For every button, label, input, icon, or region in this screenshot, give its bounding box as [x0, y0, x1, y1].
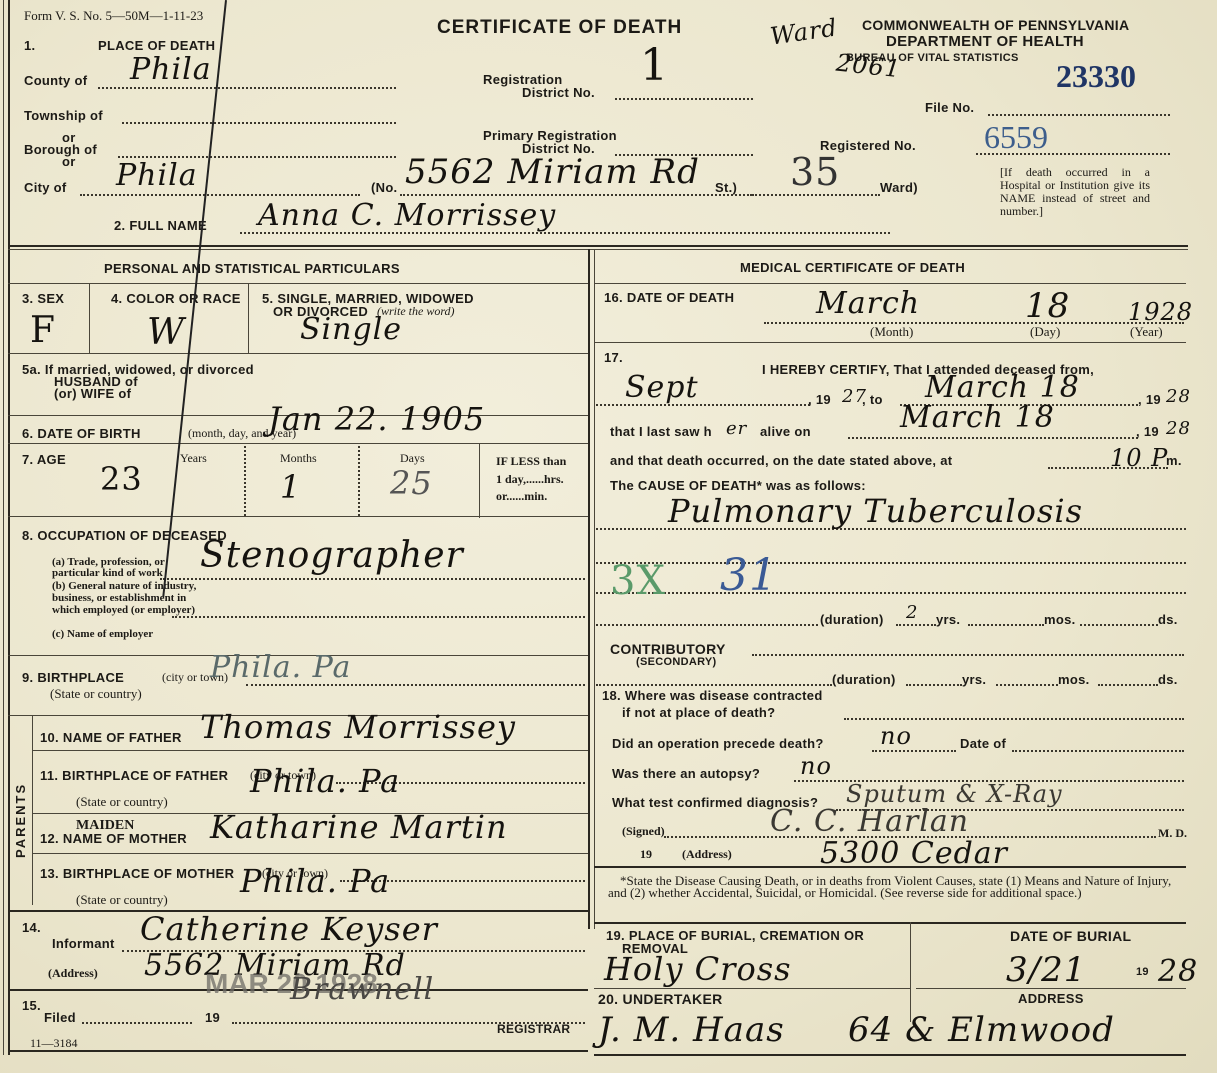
attended-to-year-prefix: , 19: [1138, 392, 1161, 407]
filed-number: 15.: [22, 998, 41, 1013]
township-line: [122, 122, 396, 124]
left-border: [8, 0, 10, 1055]
file-no-label: File No.: [925, 100, 974, 115]
death-time-suffix: m.: [1166, 453, 1182, 468]
birthplace-state-label: (State or country): [50, 686, 142, 702]
row-divider-16: [594, 342, 1186, 343]
cause-line-2: [596, 562, 1186, 564]
agency-line-1: COMMONWEALTH OF PENNSYLVANIA: [862, 17, 1129, 33]
contributory-label: CONTRIBUTORY: [610, 641, 726, 657]
city-label: City of: [24, 180, 67, 195]
attended-from: Sept: [625, 370, 699, 405]
date-of-death-label: 16. DATE OF DEATH: [604, 290, 734, 305]
row-divider-7: [8, 516, 588, 517]
contrib-mos-line: [996, 684, 1058, 686]
death-time-text: and that death occurred, on the date sta…: [610, 453, 952, 468]
parents-side-label: PARENTS: [13, 783, 28, 858]
less-than-label-3: or......min.: [496, 489, 547, 504]
registered-number-stamp: 6559: [984, 119, 1048, 156]
date-of-death-line: [764, 322, 1184, 324]
mother-state-label: (State or country): [76, 892, 168, 908]
column-divider: [588, 249, 590, 929]
race-value: W: [147, 312, 185, 353]
death-time-value: 10 P: [1110, 444, 1168, 472]
occupation-b2: business, or establishment in: [52, 592, 186, 604]
less-than-label-1: IF LESS than: [496, 454, 566, 469]
street-line: [400, 194, 752, 196]
race-label: 4. COLOR OR RACE: [111, 291, 241, 306]
duration-yrs-value: 2: [906, 602, 918, 623]
ward-value: 35: [790, 150, 840, 194]
duration-yrs-line: [896, 624, 936, 626]
form-code: 11—3184: [30, 1036, 78, 1051]
handwritten-ward-note: Ward: [768, 13, 839, 50]
contrib-duration-line: [596, 684, 832, 686]
borough-label: Borough of: [24, 142, 97, 157]
registration-label-2: District No.: [522, 85, 595, 100]
address-year-prefix: 19: [640, 847, 652, 862]
filed-year-prefix: 19: [205, 1010, 220, 1025]
father-name-label: 10. NAME OF FATHER: [40, 730, 182, 745]
ward-label: Ward): [880, 180, 918, 195]
marital-value: Single: [300, 312, 402, 347]
occupation-a-line: [160, 578, 585, 580]
county-line: [98, 87, 396, 89]
burial-row-divider-left: [594, 988, 910, 989]
mos-label: mos.: [1044, 612, 1076, 627]
medical-title-divider: [594, 283, 1186, 284]
burial-date-label: DATE OF BURIAL: [1010, 928, 1131, 944]
burial-row-divider-right: [916, 988, 1186, 989]
full-name-label: 2. FULL NAME: [114, 218, 207, 233]
contrib-yrs-label: yrs.: [962, 672, 986, 687]
filed-label: Filed: [44, 1010, 76, 1025]
signed-label: (Signed): [622, 824, 665, 839]
informant-number: 14.: [22, 920, 41, 935]
row-divider-3: [8, 353, 588, 354]
agency-line-2: DEPARTMENT OF HEALTH: [886, 33, 1084, 50]
death-year: 1928: [1128, 298, 1193, 326]
personal-section-title: PERSONAL AND STATISTICAL PARTICULARS: [104, 261, 400, 276]
age-days-value: 25: [390, 464, 433, 502]
month-label: (Month): [870, 324, 913, 340]
row-divider-6: [8, 443, 588, 444]
contracted-line: [844, 718, 1184, 720]
duration-line-1: [596, 624, 818, 626]
informant-label: Informant: [52, 936, 115, 951]
informant-value: Catherine Keyser: [140, 910, 438, 948]
form-number: Form V. S. No. 5—50M—1-11-23: [24, 8, 203, 24]
dob-value: Jan 22. 1905: [268, 400, 485, 438]
sex-race-divider: [89, 283, 90, 353]
parents-left-divider: [32, 715, 33, 905]
registration-district-value: 1: [640, 40, 669, 91]
hospital-note: [If death occurred in a Hospital or Inst…: [1000, 166, 1150, 218]
code-green: 3X: [610, 558, 666, 604]
filed-date-line: [82, 1022, 192, 1024]
burial-year-prefix: 19: [1136, 966, 1149, 978]
burial-date-value: 3/21: [1006, 950, 1086, 990]
contributory-line: [752, 654, 1184, 656]
registration-district-line: [615, 98, 753, 100]
row-divider-footnote: [594, 922, 1186, 924]
registrar-signature: Brawnell: [290, 972, 434, 1007]
last-saw-prefix: that I last saw h: [610, 424, 712, 439]
race-marital-divider: [248, 283, 249, 353]
last-saw-line: [848, 437, 1138, 439]
to-label: , to: [862, 392, 883, 407]
last-saw-year: 28: [1166, 418, 1191, 439]
duration-label: (duration): [820, 612, 884, 627]
father-state-label: (State or country): [76, 794, 168, 810]
less-than-label-2: 1 day,......hrs.: [496, 472, 564, 487]
contrib-ds-label: ds.: [1158, 672, 1178, 687]
city-line: [80, 194, 360, 196]
row-divider-10: [32, 750, 588, 751]
signed-value: C. C. Harlan: [770, 804, 969, 839]
age-years-value: 23: [100, 460, 143, 498]
day-label: (Day): [1030, 324, 1060, 340]
contrib-mos-label: mos.: [1058, 672, 1090, 687]
age-months-value: 1: [280, 468, 301, 506]
ds-label: ds.: [1158, 612, 1178, 627]
occupation-a2: particular kind of work: [52, 567, 163, 579]
occupation-label: 8. OCCUPATION OF DECEASED: [22, 528, 227, 543]
mother-birthplace-value: Phila. Pa: [240, 862, 390, 900]
occupation-b3: which employed (or employer): [52, 604, 195, 616]
last-saw-pronoun: er: [726, 418, 747, 439]
age-years-months-divider: [244, 446, 246, 516]
physician-address-label: (Address): [682, 847, 732, 862]
spouse-label-3: (or) WIFE of: [54, 386, 131, 401]
secondary-label: (SECONDARY): [636, 656, 717, 668]
file-number-stamp: 23330: [1056, 58, 1136, 95]
death-month: March: [816, 286, 920, 321]
header-divider: [8, 245, 1188, 247]
attended-from-year-prefix: , 19: [808, 392, 831, 407]
township-label: Township of: [24, 108, 103, 123]
registered-no-line: [976, 153, 1170, 155]
dob-label: 6. DATE OF BIRTH: [22, 426, 141, 441]
mother-name-label: 12. NAME OF MOTHER: [40, 831, 187, 846]
birthplace-label: 9. BIRTHPLACE: [22, 670, 124, 685]
or-2: or: [62, 154, 76, 169]
certify-number: 17.: [604, 350, 623, 365]
burial-place-value: Holy Cross: [604, 950, 792, 988]
handwritten-number-note: 2061: [835, 49, 903, 84]
last-saw-suffix: alive on: [760, 424, 811, 439]
st-label: St.): [715, 180, 737, 195]
column-divider-2: [594, 249, 595, 929]
year-label: (Year): [1130, 324, 1163, 340]
age-months-label: Months: [280, 451, 317, 466]
operation-line: [872, 750, 956, 752]
father-birthplace-label: 11. BIRTHPLACE OF FATHER: [40, 768, 228, 783]
burial-year: 28: [1158, 954, 1198, 989]
sex-value: F: [30, 310, 56, 351]
bottom-divider-left: [8, 1050, 588, 1052]
occupation-b-line: [172, 616, 585, 618]
street-no-label: (No.: [371, 180, 397, 195]
section-1-number: 1.: [24, 38, 35, 53]
full-name-value: Anna C. Morrissey: [258, 198, 556, 233]
contracted-label-2: if not at place of death?: [622, 705, 775, 720]
autopsy-value: no: [800, 752, 832, 780]
personal-title-divider: [8, 283, 588, 284]
contrib-ds-line: [1098, 684, 1158, 686]
cause-line-3: [596, 592, 1186, 594]
occupation-c: (c) Name of employer: [52, 628, 153, 640]
code-blue: 31: [720, 550, 778, 601]
left-border-inner: [3, 0, 4, 1055]
undertaker-address-value: 64 & Elmwood: [848, 1010, 1115, 1050]
attended-to-year: 28: [1166, 386, 1191, 407]
age-months-days-divider: [358, 446, 360, 516]
operation-value: no: [880, 722, 912, 750]
footnote: *State the Disease Causing Death, or in …: [608, 875, 1188, 899]
undertaker-value: J. M. Haas: [598, 1010, 785, 1050]
informant-address-label: (Address): [48, 966, 98, 981]
undertaker-label: 20. UNDERTAKER: [598, 991, 723, 1007]
cause-value: Pulmonary Tuberculosis: [668, 492, 1083, 530]
date-of-label: Date of: [960, 736, 1006, 751]
contrib-yrs-line: [906, 684, 962, 686]
registrar-label: REGISTRAR: [497, 1022, 570, 1036]
date-of-line: [1012, 750, 1184, 752]
mother-birthplace-label: 13. BIRTHPLACE OF MOTHER: [40, 866, 234, 881]
yrs-label: yrs.: [936, 612, 960, 627]
occupation-value: Stenographer: [200, 535, 464, 576]
age-less-divider: [479, 443, 480, 518]
death-certificate-document: Form V. S. No. 5—50M—1-11-23 CERTIFICATE…: [0, 0, 1217, 1073]
last-saw-date: March 18: [900, 400, 1055, 435]
mother-name-value: Katharine Martin: [210, 808, 508, 846]
contracted-label-1: 18. Where was disease contracted: [602, 688, 823, 703]
file-no-line: [988, 114, 1170, 116]
bottom-divider-right: [594, 1054, 1186, 1056]
md-label: M. D.: [1158, 826, 1187, 841]
father-birthplace-value: Phila. Pa: [250, 762, 400, 800]
last-saw-year-prefix: , 19: [1136, 424, 1159, 439]
contrib-duration-label: (duration): [832, 672, 896, 687]
age-years-label: Years: [180, 451, 207, 466]
row-divider-address: [594, 866, 1186, 868]
burial-date-divider: [910, 922, 911, 1022]
medical-section-title: MEDICAL CERTIFICATE OF DEATH: [740, 260, 965, 275]
duration-mos-line: [968, 624, 1044, 626]
autopsy-label: Was there an autopsy?: [612, 766, 760, 781]
ward-line: [752, 194, 880, 196]
father-name-value: Thomas Morrissey: [200, 708, 516, 746]
undertaker-address-label: ADDRESS: [1018, 991, 1084, 1006]
death-day: 18: [1025, 286, 1070, 326]
occupation-b: (b) General nature of industry,: [52, 580, 196, 592]
street-value: 5562 Miriam Rd: [405, 152, 700, 192]
county-value: Phila: [130, 52, 212, 87]
birthplace-value: Phila. Pa: [210, 650, 351, 685]
cause-label: The CAUSE OF DEATH* was as follows:: [610, 478, 866, 493]
header-divider-2: [8, 249, 1188, 250]
age-label: 7. AGE: [22, 452, 66, 467]
city-value: Phila: [116, 158, 198, 193]
certificate-title: CERTIFICATE OF DEATH: [437, 17, 682, 39]
duration-ds-line: [1080, 624, 1158, 626]
sex-label: 3. SEX: [22, 291, 64, 306]
place-of-death-label: PLACE OF DEATH: [98, 38, 215, 53]
county-label: County of: [24, 73, 87, 88]
row-divider-12: [32, 853, 588, 854]
operation-label: Did an operation precede death?: [612, 736, 824, 751]
